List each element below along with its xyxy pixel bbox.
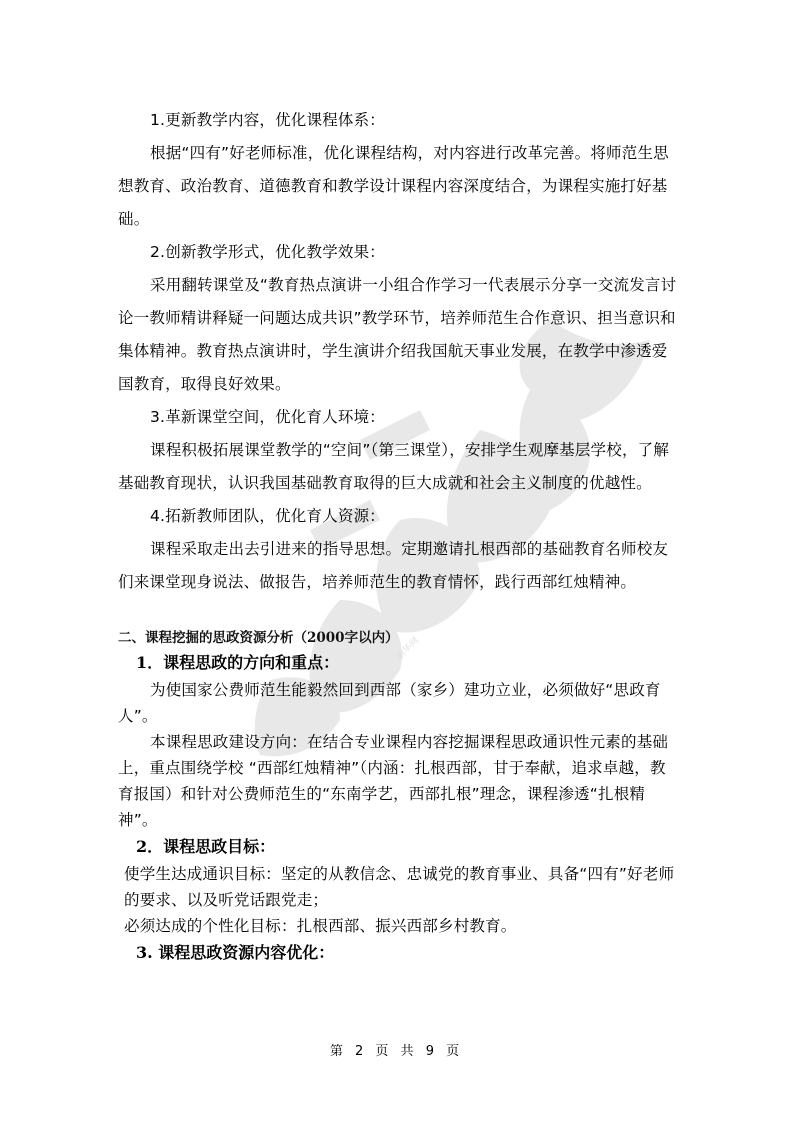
section-2-title: 二、课程挖掘的思政资源分析（2000字以内） bbox=[118, 627, 678, 649]
item-1-heading: 1.更新教学内容，优化课程体系： bbox=[118, 104, 678, 137]
document-body: 1.更新教学内容，优化课程体系： 根据“四有”好老师标准，优化课程结构，对内容进… bbox=[118, 104, 678, 967]
sub-1-paragraph-1: 为使国家公费师范生能毅然回到西部（家乡）建功立业，必须做好“思政育人”。 bbox=[118, 677, 678, 729]
item-2-heading: 2.创新教学形式，优化教学效果： bbox=[118, 236, 678, 269]
document-page: 新华网 1.更新教学内容，优化课程体系： 根据“四有”好老师标准，优化课程结构，… bbox=[0, 0, 793, 1122]
section-2: 二、课程挖掘的思政资源分析（2000字以内） 1．课程思政的方向和重点： 为使国… bbox=[118, 627, 678, 967]
spacer bbox=[118, 599, 678, 627]
item-3-heading: 3.革新课堂空间，优化育人环境： bbox=[118, 401, 678, 434]
sub-3-heading: 3. 课程思政资源内容优化： bbox=[118, 939, 678, 967]
sub-2-heading: 2．课程思政目标： bbox=[118, 833, 678, 861]
sub-2-paragraph-2: 必须达成的个性化目标：扎根西部、振兴西部乡村教育。 bbox=[118, 913, 678, 939]
item-4-heading: 4.拓新教师团队，优化育人资源： bbox=[118, 500, 678, 533]
section-1-list: 1.更新教学内容，优化课程体系： 根据“四有”好老师标准，优化课程结构，对内容进… bbox=[118, 104, 678, 599]
item-3-body: 课程积极拓展课堂教学的“空间”（第三课堂），安排学生观摩基层学校，了解基础教育现… bbox=[118, 434, 678, 500]
item-4-body: 课程采取走出去引进来的指导思想。定期邀请扎根西部的基础教育名师校友们来课堂现身说… bbox=[118, 533, 678, 599]
item-1-body: 根据“四有”好老师标准，优化课程结构，对内容进行改革完善。将师范生思想教育、政治… bbox=[118, 137, 678, 236]
sub-2-paragraph-1: 使学生达成通识目标：坚定的从教信念、忠诚党的教育事业、具备“四有”好老师的要求、… bbox=[118, 861, 678, 913]
item-2-body: 采用翻转课堂及“教育热点演讲一小组合作学习一代表展示分享一交流发言讨论一教师精讲… bbox=[118, 269, 678, 401]
sub-1-heading: 1．课程思政的方向和重点： bbox=[118, 649, 678, 677]
sub-1-paragraph-2: 本课程思政建设方向：在结合专业课程内容挖掘课程思政通识性元素的基础上，重点围绕学… bbox=[118, 729, 678, 833]
page-number-footer: 第 2 页 共 9 页 bbox=[0, 1040, 793, 1059]
